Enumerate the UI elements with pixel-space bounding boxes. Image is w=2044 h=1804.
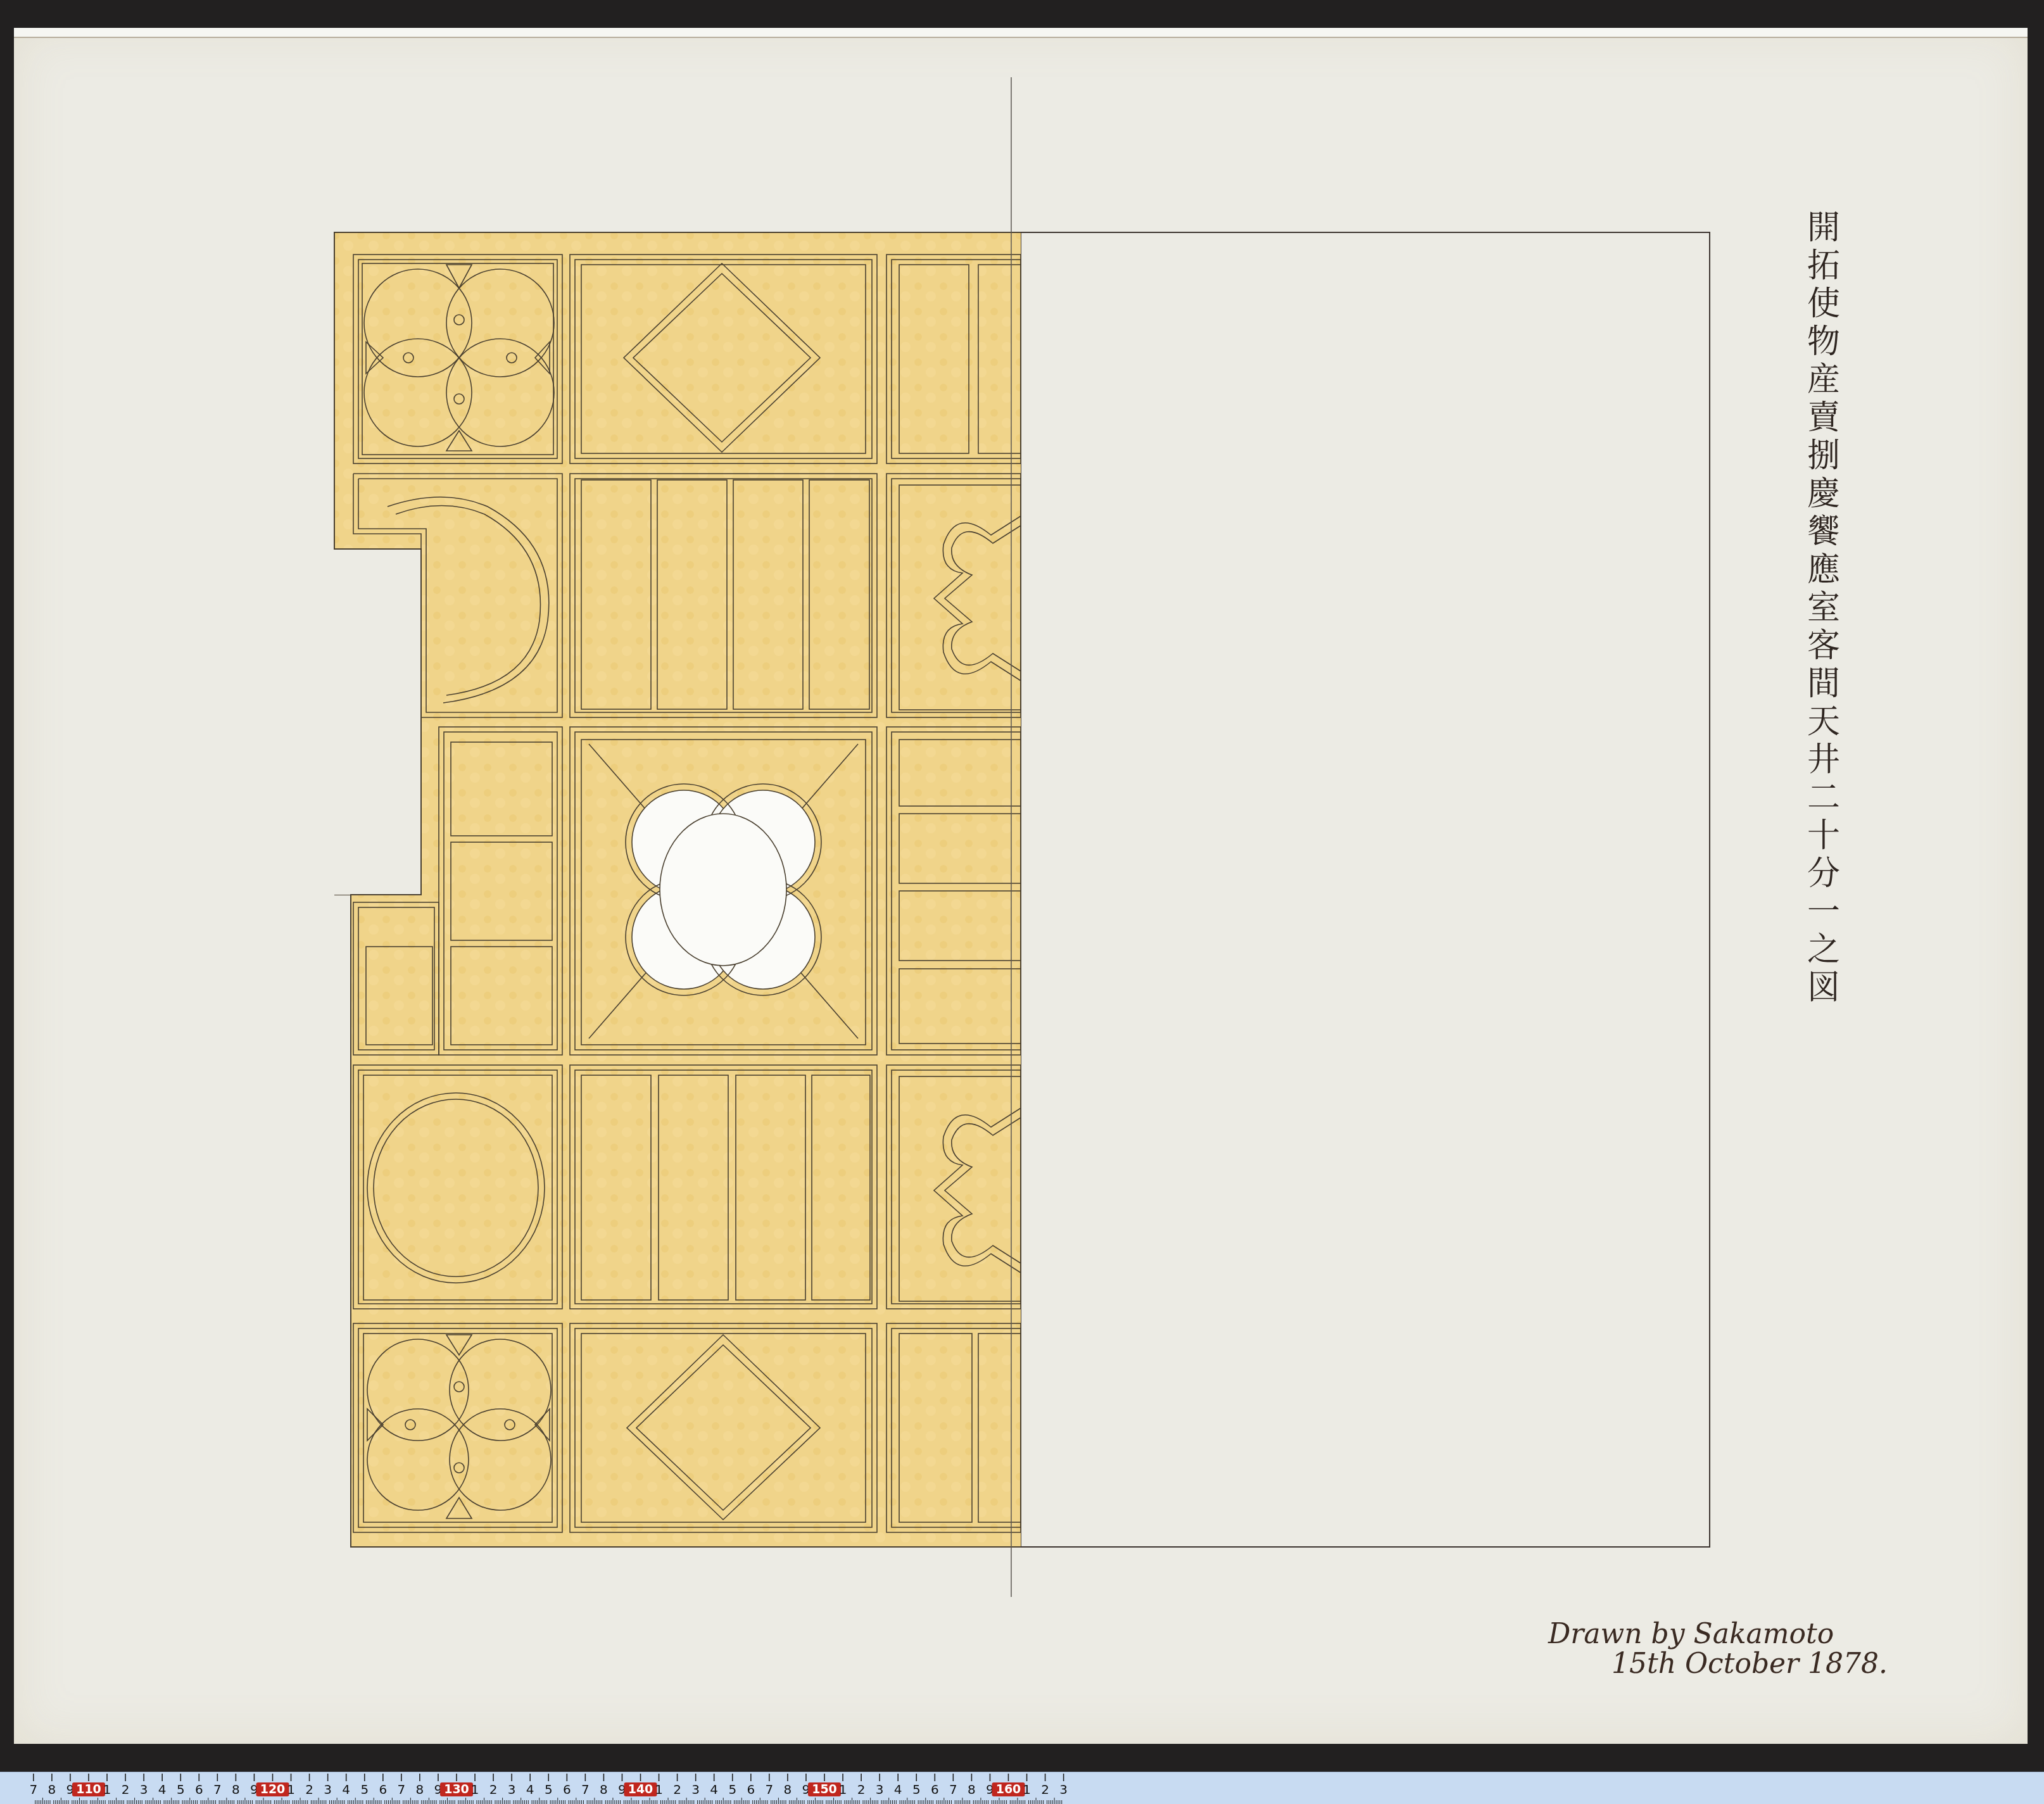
svg-text:5: 5 bbox=[728, 1782, 736, 1797]
svg-text:3: 3 bbox=[140, 1782, 148, 1797]
svg-text:110: 110 bbox=[76, 1782, 101, 1796]
title-char: 使 bbox=[1807, 285, 1840, 323]
svg-text:3: 3 bbox=[324, 1782, 332, 1797]
title-char: 二 bbox=[1807, 779, 1840, 817]
svg-text:7: 7 bbox=[949, 1782, 957, 1797]
title-char: 捌 bbox=[1807, 437, 1840, 475]
signature: Drawn by Sakamoto 15th October 1878. bbox=[1548, 1618, 1888, 1680]
svg-text:8: 8 bbox=[968, 1782, 976, 1797]
title-char: 室 bbox=[1807, 589, 1840, 627]
title-char: 拓 bbox=[1807, 247, 1840, 285]
svg-text:6: 6 bbox=[379, 1782, 387, 1797]
svg-text:4: 4 bbox=[526, 1782, 534, 1797]
svg-text:140: 140 bbox=[628, 1782, 653, 1796]
svg-text:2: 2 bbox=[122, 1782, 130, 1797]
measuring-ruler: 7891101234567891201234567891301234567891… bbox=[0, 1772, 2044, 1804]
svg-text:7: 7 bbox=[397, 1782, 405, 1797]
svg-text:4: 4 bbox=[342, 1782, 350, 1797]
title-char: 之 bbox=[1807, 931, 1840, 969]
svg-text:5: 5 bbox=[360, 1782, 369, 1797]
signature-drawn-by: Drawn by Sakamoto bbox=[1548, 1618, 1888, 1650]
svg-text:8: 8 bbox=[48, 1782, 56, 1797]
title-char: 開 bbox=[1807, 209, 1840, 247]
svg-text:2: 2 bbox=[1041, 1782, 1049, 1797]
svg-text:7: 7 bbox=[213, 1782, 222, 1797]
svg-text:1: 1 bbox=[471, 1782, 479, 1797]
svg-text:120: 120 bbox=[260, 1782, 286, 1796]
svg-text:3: 3 bbox=[508, 1782, 516, 1797]
svg-text:1: 1 bbox=[287, 1782, 295, 1797]
svg-text:6: 6 bbox=[563, 1782, 571, 1797]
vertical-title: 開 拓 使 物 産 賣 捌 慶 饗 應 室 客 間 天 井 二 十 分 一 之 … bbox=[1798, 209, 1849, 1007]
title-char: 井 bbox=[1807, 741, 1840, 779]
svg-text:8: 8 bbox=[784, 1782, 792, 1797]
svg-text:8: 8 bbox=[232, 1782, 240, 1797]
svg-text:3: 3 bbox=[691, 1782, 700, 1797]
svg-text:1: 1 bbox=[103, 1782, 111, 1797]
svg-text:3: 3 bbox=[1059, 1782, 1068, 1797]
ruler-scale: 7891101234567891201234567891301234567891… bbox=[0, 1772, 2044, 1804]
svg-text:7: 7 bbox=[765, 1782, 773, 1797]
title-char: 賣 bbox=[1807, 399, 1840, 437]
svg-text:1: 1 bbox=[839, 1782, 847, 1797]
title-char: 分 bbox=[1807, 855, 1840, 893]
svg-text:160: 160 bbox=[996, 1782, 1021, 1796]
title-char: 一 bbox=[1807, 893, 1840, 931]
title-char: 饗 bbox=[1807, 513, 1840, 551]
title-char: 物 bbox=[1807, 323, 1840, 361]
fold-centre-line bbox=[1011, 77, 1012, 1597]
svg-text:4: 4 bbox=[894, 1782, 902, 1797]
svg-text:6: 6 bbox=[747, 1782, 755, 1797]
title-char: 客 bbox=[1807, 627, 1840, 665]
svg-text:7: 7 bbox=[581, 1782, 590, 1797]
svg-text:1: 1 bbox=[1023, 1782, 1031, 1797]
svg-text:130: 130 bbox=[444, 1782, 469, 1796]
svg-text:5: 5 bbox=[545, 1782, 553, 1797]
svg-text:2: 2 bbox=[673, 1782, 681, 1797]
svg-text:5: 5 bbox=[912, 1782, 921, 1797]
svg-text:2: 2 bbox=[489, 1782, 498, 1797]
title-char: 間 bbox=[1807, 665, 1840, 703]
title-char: 図 bbox=[1807, 969, 1840, 1007]
svg-text:150: 150 bbox=[812, 1782, 837, 1796]
ceiling-plan-drawing bbox=[0, 0, 2044, 1804]
svg-text:4: 4 bbox=[158, 1782, 167, 1797]
blank-half-outline bbox=[1021, 232, 1710, 1547]
svg-text:6: 6 bbox=[931, 1782, 939, 1797]
svg-text:2: 2 bbox=[305, 1782, 313, 1797]
svg-text:7: 7 bbox=[29, 1782, 37, 1797]
svg-text:3: 3 bbox=[876, 1782, 884, 1797]
svg-text:8: 8 bbox=[600, 1782, 608, 1797]
title-char: 産 bbox=[1807, 361, 1840, 399]
svg-text:5: 5 bbox=[177, 1782, 185, 1797]
svg-text:1: 1 bbox=[655, 1782, 663, 1797]
svg-text:4: 4 bbox=[710, 1782, 718, 1797]
title-char: 應 bbox=[1807, 551, 1840, 589]
svg-text:8: 8 bbox=[416, 1782, 424, 1797]
svg-text:6: 6 bbox=[195, 1782, 203, 1797]
title-char: 十 bbox=[1807, 817, 1840, 855]
title-char: 慶 bbox=[1807, 475, 1840, 513]
title-char: 天 bbox=[1807, 703, 1840, 741]
signature-date: 15th October 1878. bbox=[1612, 1648, 1888, 1680]
svg-text:2: 2 bbox=[857, 1782, 866, 1797]
